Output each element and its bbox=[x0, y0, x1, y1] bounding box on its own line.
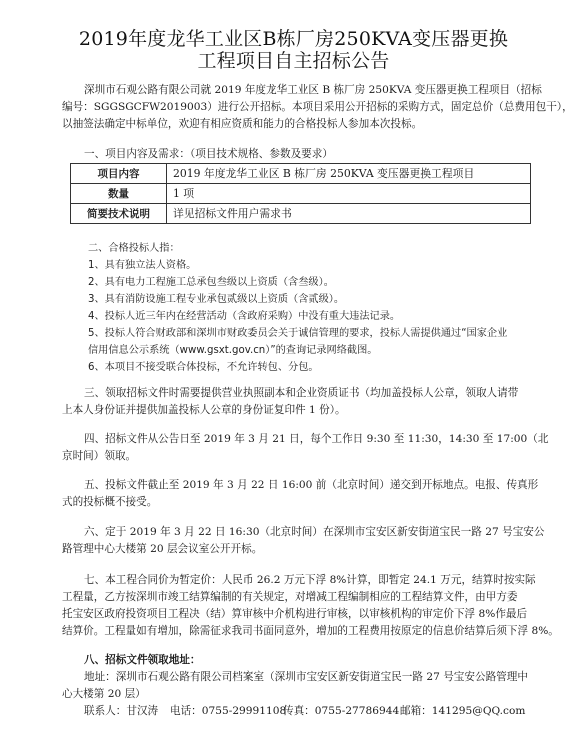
table-row: 简要技术说明 详见招标文件用户需求书 bbox=[71, 204, 531, 224]
section1-heading: 一、项目内容及需求：（项目技术规格、参数及要求） bbox=[84, 146, 333, 163]
qualification-item: 1、具有独立法人资格。 bbox=[88, 256, 196, 271]
table-value: 1 项 bbox=[167, 184, 531, 204]
section7-line: 结算价。工程量如有增加，除需征求我司书面同意外，增加的工程费用按原定的信息价结算… bbox=[62, 623, 559, 640]
section6-line: 路管理中心大楼第 20 层会议室公开开标。 bbox=[62, 541, 262, 558]
section5-line: 五、投标文件截止至 2019 年 3 月 22 日 16:00 前（北京时间）递… bbox=[84, 477, 538, 494]
section4-line: 四、招标文件从公告日至 2019 年 3 月 21 日，每个工作日 9:30 至… bbox=[84, 431, 548, 448]
table-row: 数量 1 项 bbox=[71, 184, 531, 204]
section5-line: 式的投标概不接受。 bbox=[62, 494, 157, 511]
qualification-item: 2、具有电力工程施工总承包叁级以上资质（含叁级）。 bbox=[88, 273, 334, 288]
section8-heading: 八、招标文件领取地址： bbox=[84, 652, 201, 669]
contact-email: 邮箱：141295@QQ.com bbox=[400, 703, 525, 720]
address-line: 心大楼第 20 层） bbox=[62, 686, 146, 703]
contact-phone: 电话：0755-29991108 bbox=[170, 703, 286, 720]
table-label: 项目内容 bbox=[71, 164, 167, 184]
qualification-item: 5、投标人符合财政部和深圳市财政委员会关于诚信管理的要求，投标人需提供通过“国家… bbox=[88, 324, 507, 339]
section7-line: 托宝安区政府投资项目工程决（结）算审核中介机构进行审核，以审核机构的审定价下浮 … bbox=[62, 606, 527, 623]
section3-line: 三、领取招标文件时需要提供营业执照副本和企业资质证书（均加盖投标人公章，领取人请… bbox=[84, 385, 518, 402]
qualification-item: 3、具有消防设施工程专业承包贰级以上资质（含贰级）。 bbox=[88, 290, 344, 305]
table-value: 2019 年度龙华工业区 B 栋厂房 250KVA 变压器更换工程项目 bbox=[167, 164, 531, 184]
section4-line: 京时间）领取。 bbox=[62, 448, 136, 465]
table-label: 简要技术说明 bbox=[71, 204, 167, 224]
intro-line: 深圳市石观公路有限公司就 2019 年度龙华工业区 B 栋厂房 250KVA 变… bbox=[84, 82, 542, 99]
table-value: 详见招标文件用户需求书 bbox=[167, 204, 531, 224]
table-row: 项目内容 2019 年度龙华工业区 B 栋厂房 250KVA 变压器更换工程项目 bbox=[71, 164, 531, 184]
section7-line: 工程量，乙方按深圳市竣工结算编制的有关规定，对增减工程编制相应的工程结算文件，由… bbox=[62, 589, 518, 606]
section3-line: 上本人身份证并提供加盖投标人公章的身份证复印件 1 份）。 bbox=[62, 402, 346, 419]
section6-line: 六、定于 2019 年 3 月 22 日 16:30（北京时间）在深圳市宝安区新… bbox=[84, 524, 545, 541]
intro-line: 以抽签法确定中标单位，欢迎有相应资质和能力的合格投标人参加本次投标。 bbox=[62, 116, 422, 133]
qualification-item: 4、投标人近三年内在经营活动（含政府采购）中没有重大违法记录。 bbox=[88, 307, 400, 322]
document-title-line2: 工程项目自主招标公告 bbox=[0, 46, 587, 73]
qualification-item: 信用信息公示系统（www.gsxt.gov.cn）”的查询记录网络截图。 bbox=[88, 341, 378, 356]
contact-person: 联系人：甘汉涛 bbox=[84, 703, 158, 720]
section7-line: 七、本工程合同价为暂定价：人民币 26.2 万元下浮 8%计算，即暂定 24.1… bbox=[84, 572, 536, 589]
requirements-table: 项目内容 2019 年度龙华工业区 B 栋厂房 250KVA 变压器更换工程项目… bbox=[70, 163, 531, 224]
contact-fax: 传真：0755-27786944 bbox=[283, 703, 399, 720]
address-line: 地址：深圳市石观公路有限公司档案室（深圳市宝安区新安街道宝民一路 27 号宝安公… bbox=[84, 669, 528, 686]
qualification-item: 6、本项目不接受联合体投标，不允许转包、分包。 bbox=[88, 358, 319, 373]
section2-heading: 二、合格投标人指： bbox=[88, 239, 180, 254]
intro-line: 编号：SGGSGCFW2019003）进行公开招标。本项目采用公开招标的采购方式… bbox=[62, 99, 573, 116]
table-label: 数量 bbox=[71, 184, 167, 204]
